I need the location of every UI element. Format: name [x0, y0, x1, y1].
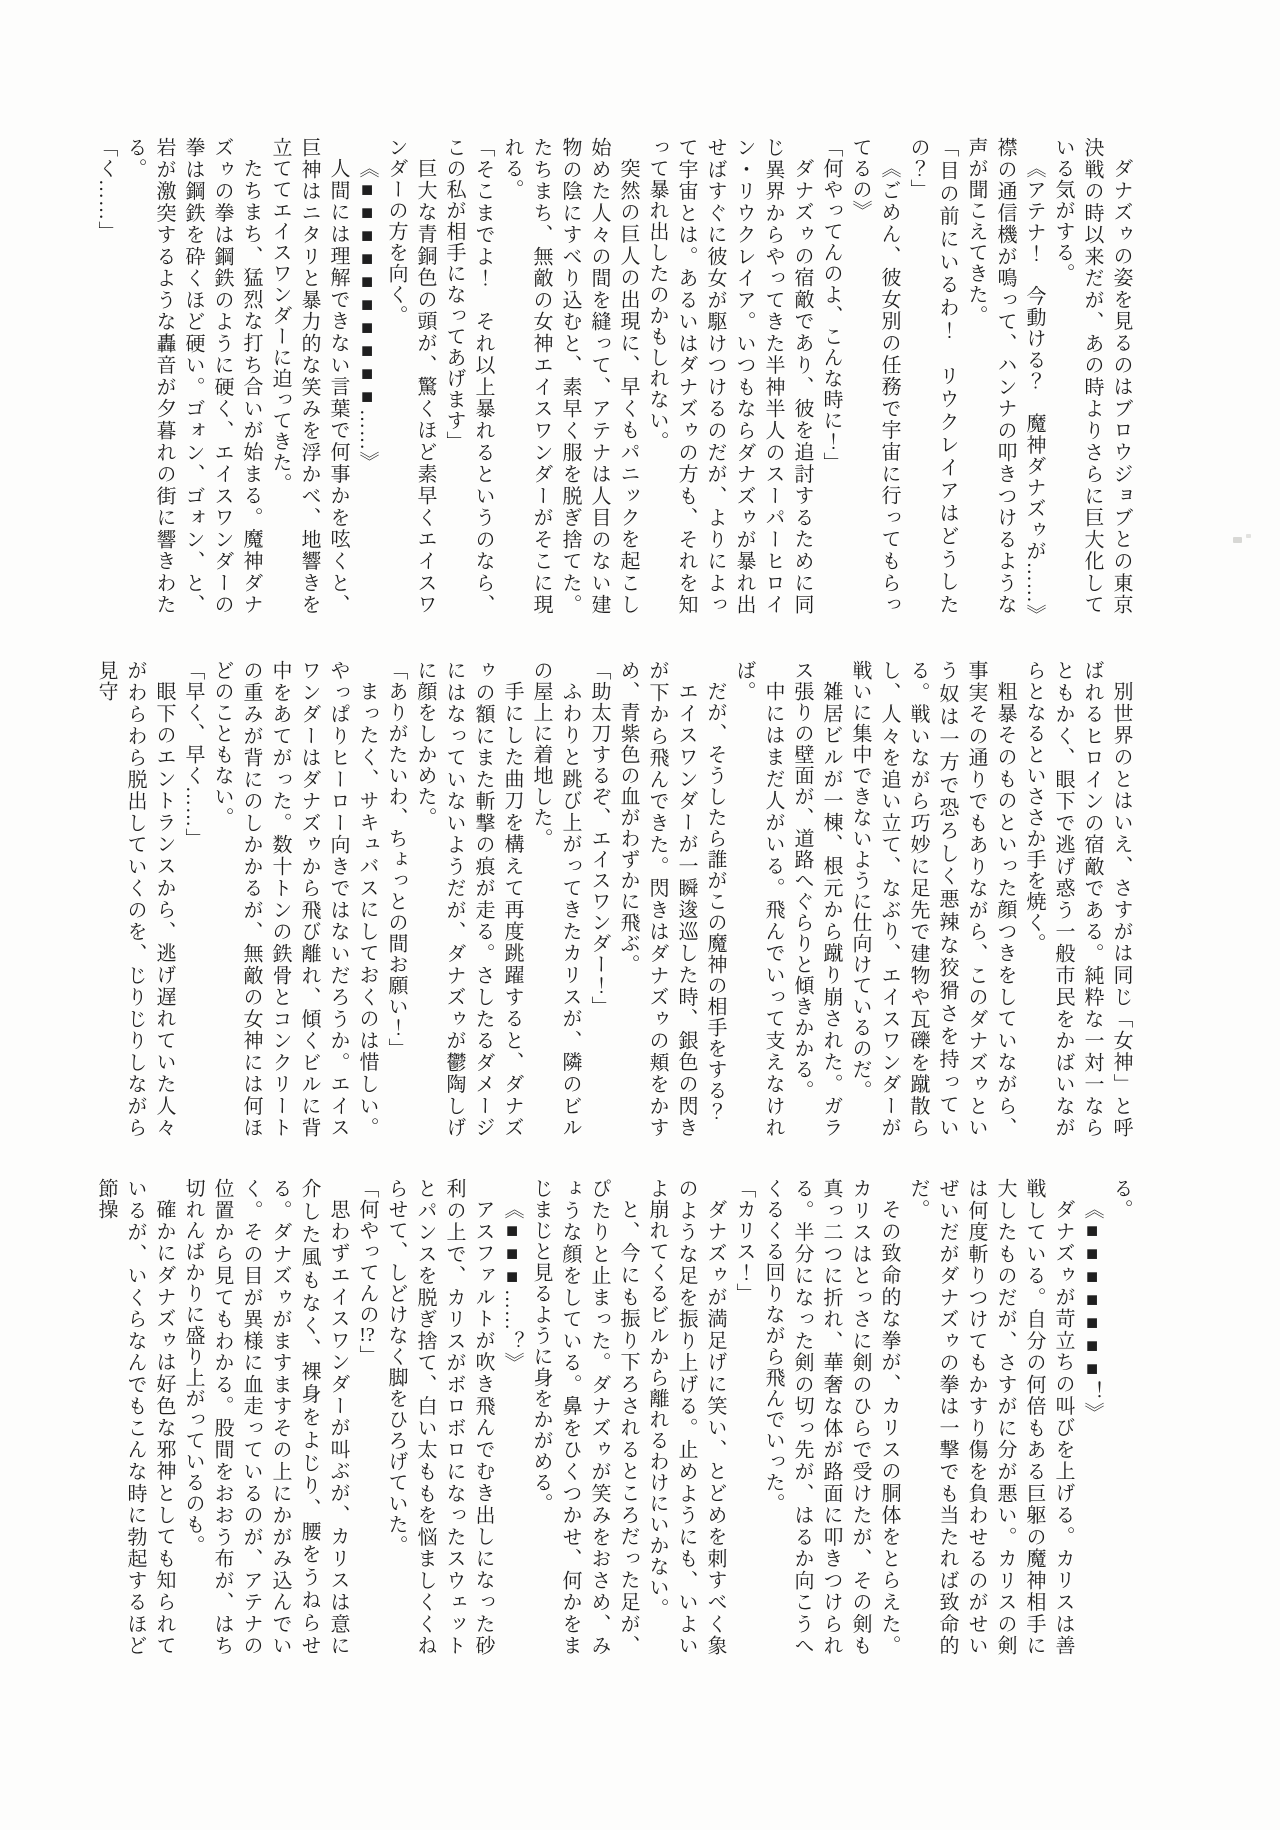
paragraph: その致命的な拳が、カリスの胴体をとらえた。カリスはとっさに剣のひらで受けたが、そ…: [758, 1178, 903, 1656]
paragraph: 「カリス！」: [729, 1178, 758, 1656]
paragraph: 眼下のエントランスから、逃げ遅れていた人々がわらわら脱出していくのを、じりじりし…: [91, 660, 178, 1138]
scan-speck: [1233, 537, 1242, 543]
paragraph: だが、そうしたら誰がこの魔神の相手をする？: [700, 660, 729, 1138]
paragraph: ふわりと跳び上がってきたカリスが、隣のビルの屋上に着地した。: [526, 660, 584, 1138]
scanned-novel-page: ダナズゥの姿を見るのはブロウジョブとの東京決戦の時以来だが、あの時よりさらに巨大…: [0, 0, 1280, 1830]
paragraph: 「く……」: [91, 137, 120, 615]
paragraph: 粗暴そのものといった顔つきをしていながら、事実その通りでもありながら、このダナズ…: [845, 660, 1019, 1138]
text-band-2: 別世界のとはいえ、さすがは同じ「女神」と呼ばれるヒロインの宿敵である。純粋な一対…: [120, 660, 1135, 1138]
paragraph: 巨大な青銅色の頭が、驚くほど素早くエイスワンダーの方を向く。: [381, 137, 439, 615]
paragraph-continuation: る。: [1106, 1178, 1135, 1656]
paragraph: ダナズゥが満足げに笑い、とどめを刺すべく象のような足を振り上げる。止めようにも、…: [642, 1178, 729, 1656]
paragraph: たちまち、猛烈な打ち合いが始まる。魔神ダナズゥの拳は鋼鉄のように硬く、エイスワン…: [120, 137, 265, 615]
paragraph: 別世界のとはいえ、さすがは同じ「女神」と呼ばれるヒロインの宿敵である。純粋な一対…: [1019, 660, 1135, 1138]
paragraph: 「ありがたいわ、ちょっとの間お願い！」: [381, 660, 410, 1138]
paragraph: 確かにダナズゥは好色な邪神としても知られているが、いくらなんでもこんな時に勃起す…: [91, 1178, 178, 1656]
paragraph: 「何やってんの!?」: [352, 1178, 381, 1656]
paragraph: 思わずエイスワンダーが叫ぶが、カリスは意に介した風もなく、裸身をよじり、腰をうね…: [178, 1178, 352, 1656]
paragraph: 「そこまでよ！ それ以上暴れるというのなら、この私が相手になってあげます」: [439, 137, 497, 615]
paragraph: 中にはまだ人がいる。飛んでいって支えなければ。: [729, 660, 787, 1138]
paragraph: アスファルトが吹き飛んでむき出しになった砂利の上で、カリスがボロボロになったスウ…: [381, 1178, 497, 1656]
paragraph-censored-speech: 《■■■……？》: [497, 1178, 526, 1656]
paragraph: エイスワンダーが一瞬逡巡した時、銀色の閃きが下から飛んできた。閃きはダナズゥの頬…: [613, 660, 700, 1138]
paragraph: ダナズゥの宿敵であり、彼を追討するために同じ異界からやってきた半神半人のスーパー…: [642, 137, 816, 615]
paragraph-censored-speech: 《■■■■■■■！》: [1077, 1178, 1106, 1656]
paragraph: ダナズゥが苛立ちの叫びを上げる。カリスは善戦している。自分の何倍もある巨躯の魔神…: [903, 1178, 1077, 1656]
paragraph: と、今にも振り下ろされるところだった足が、ぴたりと止まった。ダナズゥが笑みをおさ…: [526, 1178, 642, 1656]
paragraph: 手にした曲刀を構えて再度跳躍すると、ダナズゥの額にまた斬撃の痕が走る。さしたるダ…: [410, 660, 526, 1138]
paragraph: 《ごめん、彼女別の任務で宇宙に行ってもらってるの》: [845, 137, 903, 615]
paragraph: まったく、サキュバスにしておくのは惜しい。やっぱりヒーロー向きではないだろうか。…: [207, 660, 381, 1138]
paragraph: 「助太刀するぞ、エイスワンダー！」: [584, 660, 613, 1138]
paragraph: 突然の巨人の出現に、早くもパニックを起こし始めた人々の間を縫って、アテナは人目の…: [497, 137, 642, 615]
paragraph: 「何やってんのよ、こんな時に！」: [816, 137, 845, 615]
paragraph: 《アテナ！ 今動ける？ 魔神ダナズゥが……》襟の通信機が鳴って、ハンナの叩きつけ…: [961, 137, 1048, 615]
paragraph: 人間には理解できない言葉で何事かを呟くと、巨神はニタリと暴力的な笑みを浮かべ、地…: [265, 137, 352, 615]
text-band-3: る。 《■■■■■■■！》 ダナズゥが苛立ちの叫びを上げる。カリスは善戦している…: [120, 1178, 1135, 1656]
paragraph: 「目の前にいるわ！ リウクレイアはどうしたの？」: [903, 137, 961, 615]
text-band-1: ダナズゥの姿を見るのはブロウジョブとの東京決戦の時以来だが、あの時よりさらに巨大…: [120, 137, 1135, 615]
paragraph: 「早く、早く……」: [178, 660, 207, 1138]
paragraph-censored-speech: 《■■■■■■■■■■……》: [352, 137, 381, 615]
paragraph: 雑居ビルが一棟、根元から蹴り崩された。ガラス張りの壁面が、道路へぐらりと傾きかか…: [787, 660, 845, 1138]
scan-speck: [1246, 534, 1251, 538]
paragraph: ダナズゥの姿を見るのはブロウジョブとの東京決戦の時以来だが、あの時よりさらに巨大…: [1048, 137, 1135, 615]
